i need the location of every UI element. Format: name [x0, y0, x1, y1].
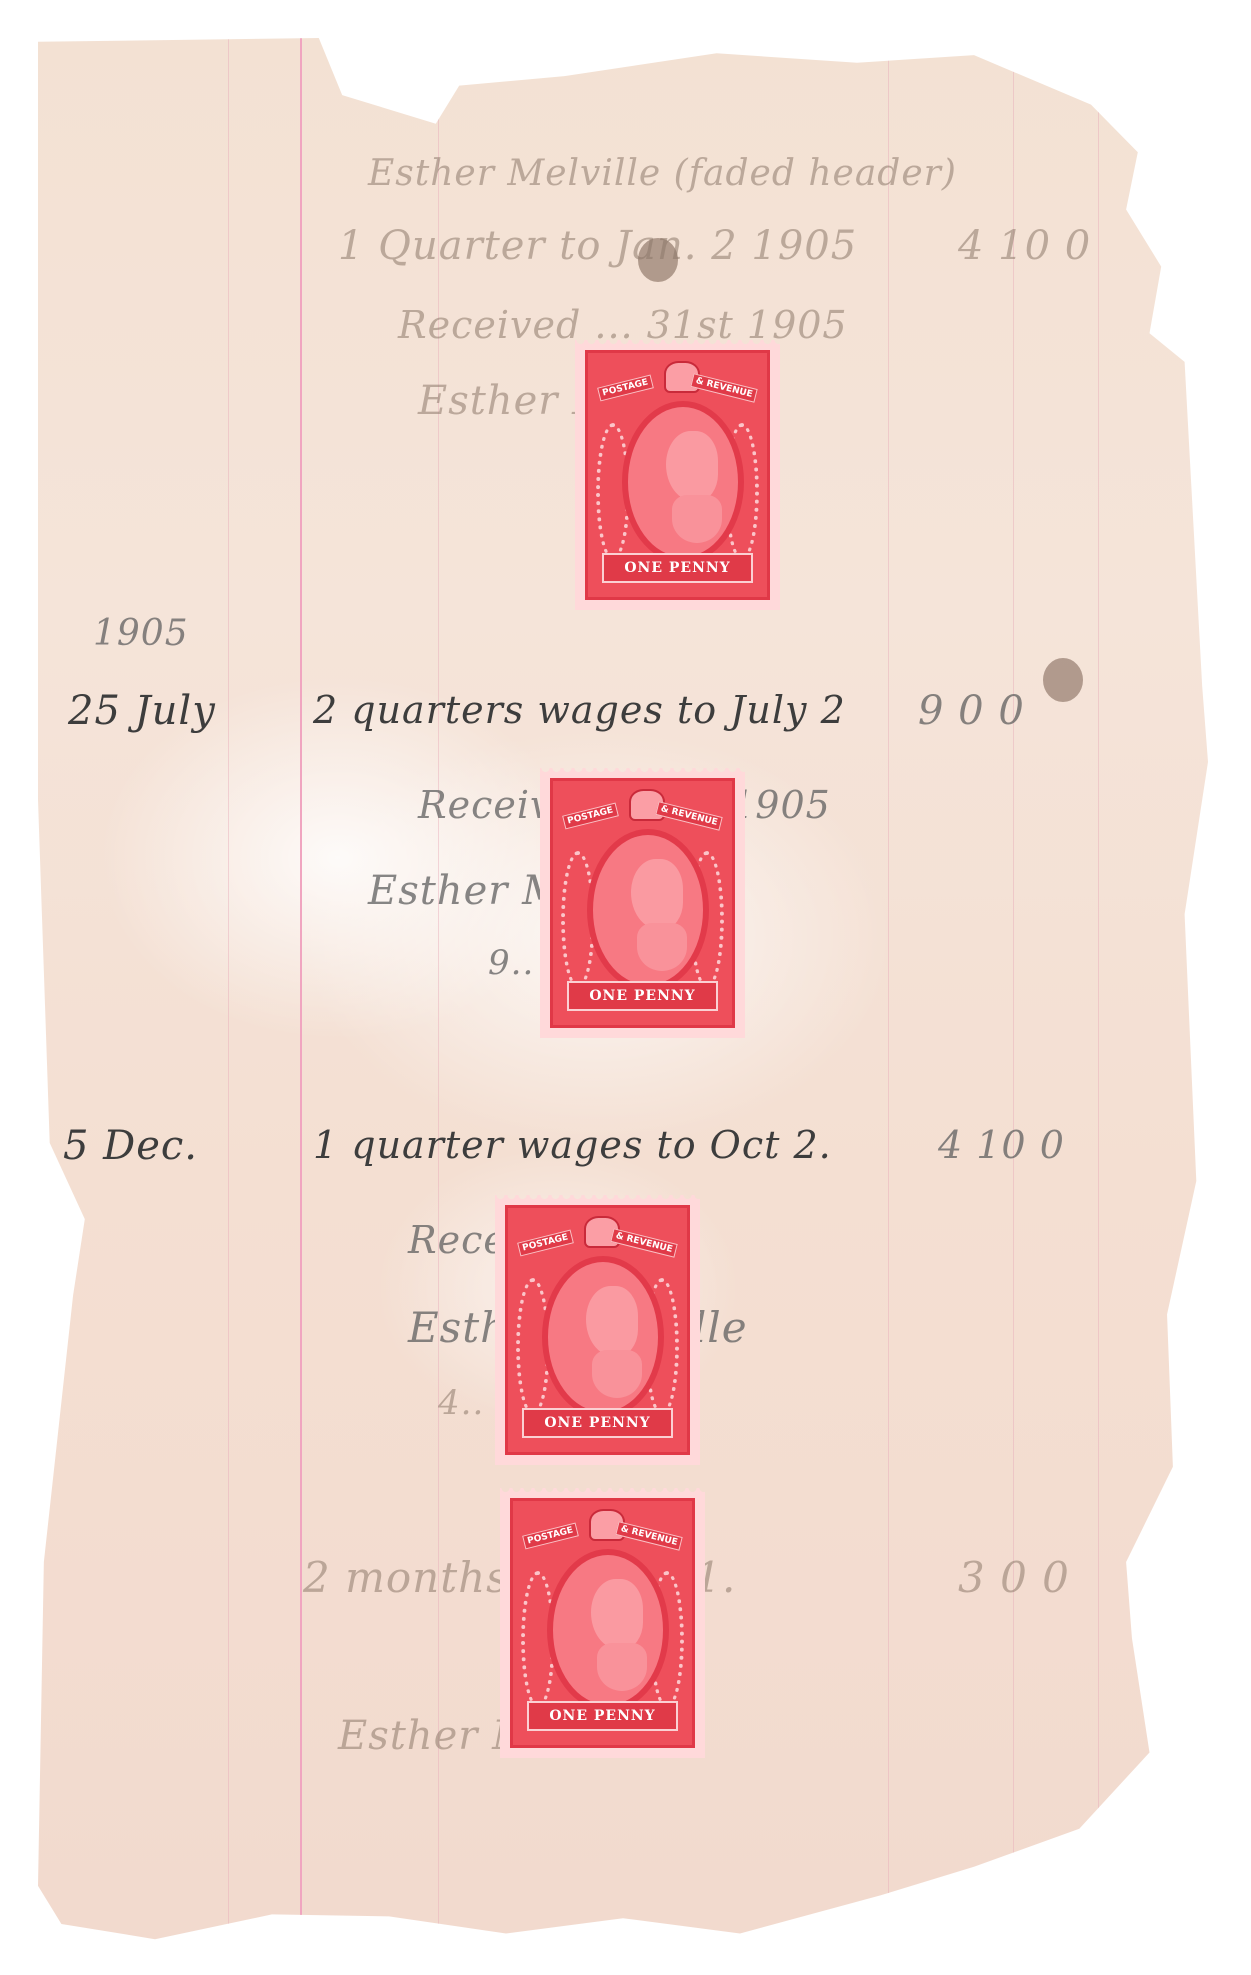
king-portrait-icon — [591, 1579, 643, 1649]
rule-line — [888, 38, 889, 1943]
king-portrait-icon — [631, 859, 683, 929]
king-portrait-icon — [666, 431, 718, 501]
stamp-value: ONE PENNY — [602, 553, 753, 583]
stamp-label-right: & REVENUE — [690, 373, 758, 403]
entry-sum: 9.. — [488, 943, 534, 983]
rule-line — [1098, 38, 1099, 1943]
entry-amount: 4 10 0 — [958, 223, 1091, 269]
stamp-label-right: & REVENUE — [655, 801, 723, 831]
entry-description: 1 Quarter to Jan. 2 1905 — [338, 223, 857, 269]
portrait-neck — [592, 1350, 642, 1398]
stamp-value: ONE PENNY — [522, 1408, 673, 1438]
rule-line — [1013, 38, 1014, 1943]
stamp-value: ONE PENNY — [567, 981, 718, 1011]
ink-stain — [1043, 658, 1083, 702]
portrait-neck — [637, 923, 687, 971]
portrait-oval — [587, 829, 709, 991]
portrait-oval — [542, 1256, 664, 1418]
postage-stamp: POSTAGE & REVENUE ONE PENNY — [495, 1195, 700, 1465]
portrait-neck — [597, 1643, 647, 1691]
portrait-oval — [547, 1549, 669, 1711]
entry-date: 5 Dec. — [63, 1123, 198, 1169]
stamp-label-right: & REVENUE — [610, 1228, 678, 1258]
rule-line — [228, 38, 229, 1943]
stamp-label-right: & REVENUE — [615, 1521, 683, 1551]
entry-amount: 4 10 0 — [938, 1123, 1065, 1167]
king-portrait-icon — [586, 1286, 638, 1356]
postage-stamp: POSTAGE & REVENUE ONE PENNY — [575, 340, 780, 610]
postage-stamp: POSTAGE & REVENUE ONE PENNY — [500, 1488, 705, 1758]
postage-stamp: POSTAGE & REVENUE ONE PENNY — [540, 768, 745, 1038]
stamp-label-left: POSTAGE — [597, 375, 653, 402]
entry-description: 2 quarters wages to July 2 — [313, 688, 846, 732]
entry-sum: 4.. — [438, 1383, 484, 1423]
entry-amount: 3 0 0 — [958, 1553, 1070, 1602]
entry-amount: 9 0 0 — [918, 688, 1025, 734]
portrait-oval — [622, 401, 744, 563]
stamp-label-left: POSTAGE — [522, 1523, 578, 1550]
portrait-neck — [672, 495, 722, 543]
entry-year: 1905 — [93, 613, 189, 654]
stamp-value: ONE PENNY — [527, 1701, 678, 1731]
margin-line — [300, 38, 302, 1943]
entry-description: 1 quarter wages to Oct 2. — [313, 1123, 832, 1167]
stamp-label-left: POSTAGE — [562, 803, 618, 830]
stamp-label-left: POSTAGE — [517, 1230, 573, 1257]
entry-date: 25 July — [68, 688, 216, 734]
entry-header-line: Esther Melville (faded header) — [368, 153, 957, 194]
